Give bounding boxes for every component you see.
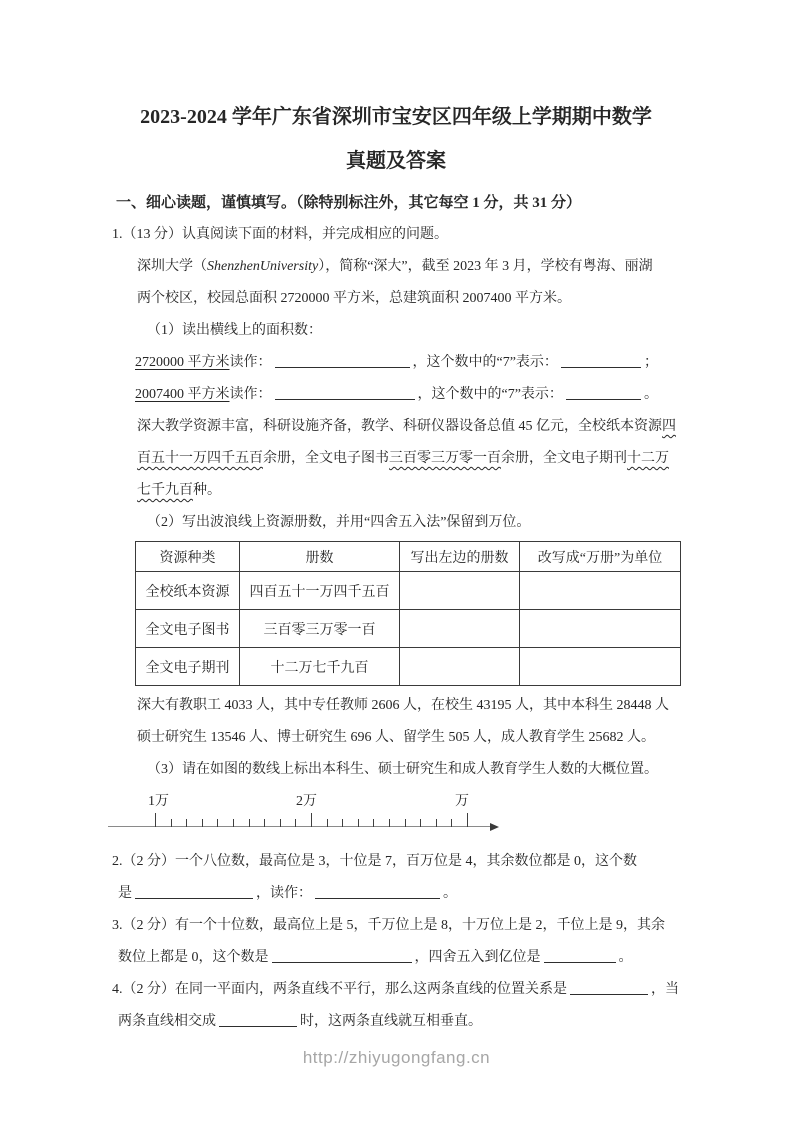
- minor-tick: [327, 819, 328, 827]
- text-segment: 余册，全文电子图书: [263, 451, 389, 466]
- minor-tick: [264, 819, 265, 827]
- text-line: 2007400 平方米读作：，这个数中的“7”表示：。: [112, 379, 712, 411]
- text-segment: ，读作：: [256, 886, 312, 901]
- text-segment: 深大有教职工 4033 人，其中专任教师 2606 人，在校生 43195 人，…: [137, 698, 669, 713]
- text-segment: 三百零三万零一百: [389, 451, 501, 466]
- table-row: 全校纸本资源四百五十一万四千五百: [136, 572, 681, 610]
- text-segment: ，四舍五入到亿位是: [415, 950, 541, 965]
- text-segment: 余册，全文电子期刊: [501, 451, 627, 466]
- minor-tick: [405, 819, 406, 827]
- table-header-cell: 改写成“万册”为单位: [520, 542, 681, 572]
- table-header-cell: 资源种类: [136, 542, 240, 572]
- doc-title-line1: 2023-2024 学年广东省深圳市宝安区四年级上学期期中数学: [101, 95, 691, 139]
- table-header-row: 资源种类册数写出左边的册数改写成“万册”为单位: [136, 542, 681, 572]
- minor-tick: [420, 819, 421, 827]
- text-line: 硕士研究生 13546 人、博士研究生 696 人、留学生 505 人，成人教育…: [112, 722, 712, 754]
- major-tick: [467, 813, 468, 827]
- text-line: 2.（2 分）一个八位数，最高位是 3，十位是 7，百万位是 4，其余数位都是 …: [112, 846, 712, 878]
- minor-tick: [295, 819, 296, 827]
- text-line: 是，读作：。: [112, 878, 712, 910]
- text-line: 深大教学资源丰富，科研设施齐备，教学、科研仪器设备总值 45 亿元，全校纸本资源…: [112, 411, 712, 443]
- text-segment: 十二万: [627, 451, 669, 466]
- minor-tick: [233, 819, 234, 827]
- q1-part3-label: （3）请在如图的数线上标出本科生、硕士研究生和成人教育学生人数的大概位置。: [112, 754, 712, 786]
- numberline-label-wan: 万: [455, 790, 469, 810]
- table-cell: [400, 610, 520, 648]
- table-cell: [400, 572, 520, 610]
- text-segment: 深圳大学（: [137, 259, 207, 274]
- text-line: 3.（2 分）有一个十位数，最高位上是 5，千万位上是 8，十万位上是 2，千位…: [112, 910, 712, 942]
- doc-title-line2: 真题及答案: [101, 139, 691, 183]
- answer-blank: [570, 979, 648, 995]
- text-line: 4.（2 分）在同一平面内，两条直线不平行，那么这两条直线的位置关系是，当: [112, 974, 712, 1006]
- section-heading: 一、细心读题，谨慎填写。（除特别标注外，其它每空 1 分，共 31 分）: [112, 187, 712, 219]
- minor-tick: [249, 819, 250, 827]
- table-cell: [520, 572, 681, 610]
- major-tick: [311, 813, 312, 827]
- text-segment: 2007400 平方米: [135, 387, 230, 402]
- text-segment: 七千九百: [137, 483, 193, 498]
- text-segment: ，这个数中的“7”表示：: [418, 387, 563, 402]
- text-segment: 读作：: [230, 387, 272, 402]
- answer-blank: [272, 947, 412, 963]
- text-segment: 读作：: [230, 355, 272, 370]
- major-tick: [155, 813, 156, 827]
- number-line: 1万 2万 万: [112, 786, 712, 846]
- text-segment: 数位上都是 0，这个数是: [118, 950, 269, 965]
- table-cell: [520, 610, 681, 648]
- table-cell: 全文电子图书: [136, 610, 240, 648]
- text-segment: 种。: [193, 483, 221, 498]
- text-segment: 百五十一万四千五百: [137, 451, 263, 466]
- minor-tick: [217, 819, 218, 827]
- footer-watermark: http://zhiyugongfang.cn: [0, 1048, 793, 1068]
- minor-tick: [389, 819, 390, 827]
- table-cell: 全校纸本资源: [136, 572, 240, 610]
- table-header-cell: 册数: [240, 542, 400, 572]
- table-cell: 三百零三万零一百: [240, 610, 400, 648]
- text-segment: 。: [619, 950, 633, 965]
- text-segment: 硕士研究生 13546 人、博士研究生 696 人、留学生 505 人，成人教育…: [137, 730, 655, 745]
- text-line: 深圳大学（ShenzhenUniversity），简称“深大”，截至 2023 …: [112, 251, 712, 283]
- q1-part1-label: （1）读出横线上的面积数：: [112, 315, 712, 347]
- text-line: 深大有教职工 4033 人，其中专任教师 2606 人，在校生 43195 人，…: [112, 690, 712, 722]
- q3-block: 3.（2 分）有一个十位数，最高位上是 5，千万位上是 8，十万位上是 2，千位…: [112, 910, 712, 974]
- page-content: 2023-2024 学年广东省深圳市宝安区四年级上学期期中数学 真题及答案 一、…: [112, 95, 712, 1038]
- table-row: 全文电子图书三百零三万零一百: [136, 610, 681, 648]
- q1-resources-paragraph: 深大教学资源丰富，科研设施齐备，教学、科研仪器设备总值 45 亿元，全校纸本资源…: [112, 411, 712, 507]
- text-segment: ），简称“深大”，截至 2023 年 3 月，学校有粤海、丽湖: [318, 259, 652, 274]
- answer-blank: [219, 1011, 297, 1027]
- q1-staff-paragraph: 深大有教职工 4033 人，其中专任教师 2606 人，在校生 43195 人，…: [112, 690, 712, 754]
- text-segment: 两条直线相交成: [118, 1014, 216, 1029]
- text-segment: 四: [662, 419, 676, 434]
- numberline-arrow-icon: [490, 823, 499, 831]
- minor-tick: [280, 819, 281, 827]
- minor-tick: [342, 819, 343, 827]
- q2-block: 2.（2 分）一个八位数，最高位是 3，十位是 7，百万位是 4，其余数位都是 …: [112, 846, 712, 910]
- minor-tick: [436, 819, 437, 827]
- minor-tick: [358, 819, 359, 827]
- text-segment: 3.（2 分）有一个十位数，最高位上是 5，千万位上是 8，十万位上是 2，千位…: [112, 918, 665, 933]
- text-segment: 2720000 平方米: [135, 355, 230, 370]
- q1-part1-lines: 2720000 平方米读作：，这个数中的“7”表示：；2007400 平方米读作…: [112, 347, 712, 411]
- minor-tick: [171, 819, 172, 827]
- numberline-label-2wan: 2万: [296, 790, 317, 810]
- answer-blank: [566, 384, 641, 400]
- text-segment: 。: [443, 886, 457, 901]
- text-segment: 时，这两条直线就互相垂直。: [300, 1014, 482, 1029]
- table-cell: [520, 648, 681, 686]
- table-cell: 全文电子期刊: [136, 648, 240, 686]
- resource-table: 资源种类册数写出左边的册数改写成“万册”为单位全校纸本资源四百五十一万四千五百全…: [135, 541, 681, 686]
- table-row: 全文电子期刊十二万七千九百: [136, 648, 681, 686]
- table-header-cell: 写出左边的册数: [400, 542, 520, 572]
- table-cell: 四百五十一万四千五百: [240, 572, 400, 610]
- minor-tick: [186, 819, 187, 827]
- text-line: 两个校区，校园总面积 2720000 平方米，总建筑面积 2007400 平方米…: [112, 283, 712, 315]
- text-segment: 2.（2 分）一个八位数，最高位是 3，十位是 7，百万位是 4，其余数位都是 …: [112, 854, 637, 869]
- answer-blank: [275, 384, 415, 400]
- minor-tick: [373, 819, 374, 827]
- q1-intro-paragraph: 深圳大学（ShenzhenUniversity），简称“深大”，截至 2023 …: [112, 251, 712, 315]
- minor-tick: [202, 819, 203, 827]
- text-segment: 4.（2 分）在同一平面内，两条直线不平行，那么这两条直线的位置关系是: [112, 982, 567, 997]
- numberline-axis: [108, 826, 492, 827]
- numberline-label-1wan: 1万: [148, 790, 169, 810]
- answer-blank: [561, 352, 641, 368]
- text-line: 数位上都是 0，这个数是，四舍五入到亿位是。: [112, 942, 712, 974]
- text-segment: 是: [118, 886, 132, 901]
- exam-page: 2023-2024 学年广东省深圳市宝安区四年级上学期期中数学 真题及答案 一、…: [0, 0, 793, 1122]
- text-segment: 。: [644, 387, 658, 402]
- text-segment: ；: [644, 355, 658, 370]
- text-segment: ，这个数中的“7”表示：: [413, 355, 558, 370]
- q1-stem: 1.（13 分）认真阅读下面的材料，并完成相应的问题。: [112, 219, 712, 251]
- q1-part2-label: （2）写出波浪线上资源册数，并用“四舍五入法”保留到万位。: [112, 507, 712, 539]
- answer-blank: [544, 947, 616, 963]
- text-segment: 两个校区，校园总面积 2720000 平方米，总建筑面积 2007400 平方米…: [137, 291, 571, 306]
- text-line: 百五十一万四千五百余册，全文电子图书三百零三万零一百余册，全文电子期刊十二万: [112, 443, 712, 475]
- text-line: 七千九百种。: [112, 475, 712, 507]
- answer-blank: [315, 883, 440, 899]
- answer-blank: [135, 883, 253, 899]
- table-cell: 十二万七千九百: [240, 648, 400, 686]
- text-line: 2720000 平方米读作：，这个数中的“7”表示：；: [112, 347, 712, 379]
- text-segment: ，当: [651, 982, 679, 997]
- table-cell: [400, 648, 520, 686]
- minor-tick: [451, 819, 452, 827]
- text-line: 两条直线相交成时，这两条直线就互相垂直。: [112, 1006, 712, 1038]
- text-segment: ShenzhenUniversity: [207, 259, 318, 274]
- answer-blank: [275, 352, 410, 368]
- q4-block: 4.（2 分）在同一平面内，两条直线不平行，那么这两条直线的位置关系是，当两条直…: [112, 974, 712, 1038]
- text-segment: 深大教学资源丰富，科研设施齐备，教学、科研仪器设备总值 45 亿元，全校纸本资源: [137, 419, 662, 434]
